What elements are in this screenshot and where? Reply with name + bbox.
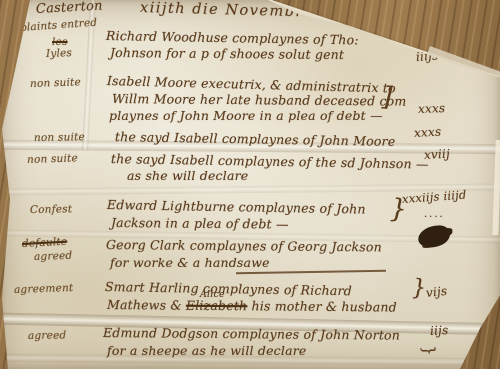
margin-note-agreed: agreed bbox=[28, 329, 67, 342]
manuscript-photo: Casterton xiijth die Novembr plaints ent… bbox=[0, 0, 500, 369]
entry-line: Edmund Dodgson complaynes of John Norton bbox=[103, 325, 400, 343]
entry-sum: iijs bbox=[430, 323, 449, 338]
margin-note-non-suit: non suite bbox=[34, 131, 85, 144]
entry-line: Johnson for a p of shooes solut gent bbox=[110, 45, 344, 62]
margin-note-struck: les bbox=[52, 36, 68, 48]
entry-sum: vijs bbox=[425, 284, 448, 300]
entry-line: Willm Moore her late husband deceased co… bbox=[112, 91, 407, 109]
entry-sum: xxxs bbox=[414, 125, 442, 140]
entry-line: for worke & a handsawe bbox=[110, 255, 270, 270]
margin-note-name: Iyles bbox=[46, 47, 72, 60]
margin-note-confessed: Confest bbox=[30, 203, 72, 216]
struck-word: Elizabeth bbox=[186, 298, 248, 314]
entry-line: Mathews & Elizabeth his mother & husband bbox=[107, 297, 397, 315]
entry-sum: xxxs bbox=[418, 101, 446, 116]
margin-note-defaulted: defaulte bbox=[22, 236, 68, 250]
blot-dots: ···· bbox=[424, 212, 445, 223]
entry-sum: xviij bbox=[424, 147, 451, 162]
margin-note-agreed: agreed bbox=[34, 250, 73, 263]
entry-line: Georg Clark complaynes of Georg Jackson bbox=[106, 237, 382, 254]
entry-line: playnes of John Moore in a plea of debt … bbox=[109, 108, 383, 123]
margin-note-agreement: agreement bbox=[14, 282, 74, 296]
entry-line: Jackson in a plea of debt — bbox=[111, 215, 289, 232]
margin-note-non-suit: non suite bbox=[30, 76, 81, 90]
line-part: his mother & husband bbox=[247, 298, 397, 314]
paper-sheet: Casterton xiijth die Novembr plaints ent… bbox=[0, 0, 500, 369]
entry-line: as she will declare bbox=[127, 168, 248, 183]
entry-line: for a sheepe as he will declare bbox=[107, 343, 307, 358]
brace-glyph: } bbox=[412, 276, 426, 301]
line-part: Mathews & bbox=[107, 297, 186, 313]
margin-note-non-suit: non suite bbox=[27, 152, 78, 166]
